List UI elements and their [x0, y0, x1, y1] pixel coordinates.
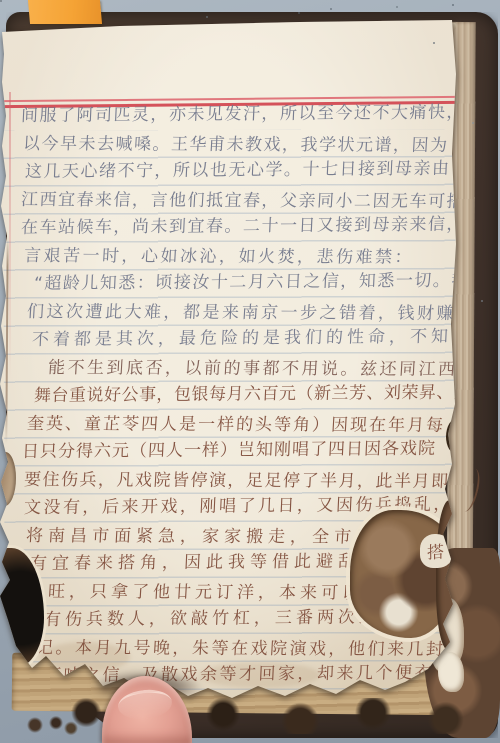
handwritten-line: 们这次遭此大难，都是来南京一步之错着，钱财赚	[26, 300, 456, 326]
fingernail-shine	[117, 687, 174, 721]
handwritten-line: 有宜春来搭角，因此我等借此避乱	[29, 549, 360, 576]
handwritten-fragment: 搭	[427, 537, 444, 563]
handwritten-line: 奎英、童芷苓四人是一样的头等角）因现在年月每	[26, 412, 445, 438]
handwritten-line: 要住伤兵，凡戏院皆停演，足足停了半月，此半月即一	[23, 468, 468, 494]
paper-crumbs	[20, 714, 80, 736]
diary-page: 间服了阿司匹灵，亦未见发汗，所以至今还不大痛快，所 以今早未去喊嗓。王华甫未教戏…	[0, 14, 462, 714]
handwritten-line: 以今早未去喊嗓。王华甫未教戏，我学状元谱，因为	[22, 132, 449, 158]
handwritten-line: 这几天心绪不宁，所以也无心学。十七日接到母亲由	[24, 157, 451, 184]
handwritten-line: “超龄儿知悉：顷接汝十二月六日之信，知悉一切。我	[33, 269, 470, 296]
handwritten-line: 在车站候车，尚未到宜春。二十一日又接到母亲来信，历	[20, 212, 484, 240]
page-paper: 间服了阿司匹灵，亦未见发汗，所以至今还不大痛快，所 以今早未去喊嗓。王华甫未教戏…	[0, 14, 462, 714]
handwritten-line: 能不生到底否，以前的事都不用说。兹还同江西大	[47, 356, 477, 382]
handwritten-line: 将南昌市面紧急，家家搬走，全市已搬	[25, 524, 400, 550]
torn-edge-right	[436, 500, 466, 650]
handwritten-line: 不着都是其次，最危险的是我们的性命，不知	[31, 325, 452, 352]
handwritten-line: 江西宜春来信，言他们抵宜春，父亲同小二因无车可搭	[20, 188, 465, 214]
handwritten-line: 记。本月九号晚，朱等在戏院演戏，他们来几封	[35, 636, 446, 662]
handwritten-line: 日只分得六元（四人一样）岂知刚唱了四日因各戏院	[21, 437, 436, 464]
handwritten-line: 言艰苦一时，心如冰沁，如火焚，悲伤难禁：	[23, 244, 414, 270]
handwritten-line: 舞台重说好公事，包银每月六百元（新兰芳、刘荣昇、刘	[33, 381, 472, 408]
handwritten-line: 有伤兵数人，欲敲竹杠，三番两次到我	[43, 605, 401, 632]
dust-specks	[0, 0, 2, 2]
red-margin-line	[9, 92, 11, 382]
handwritten-line: 间服了阿司匹灵，亦未见发汗，所以至今还不大痛快，所	[20, 100, 484, 128]
